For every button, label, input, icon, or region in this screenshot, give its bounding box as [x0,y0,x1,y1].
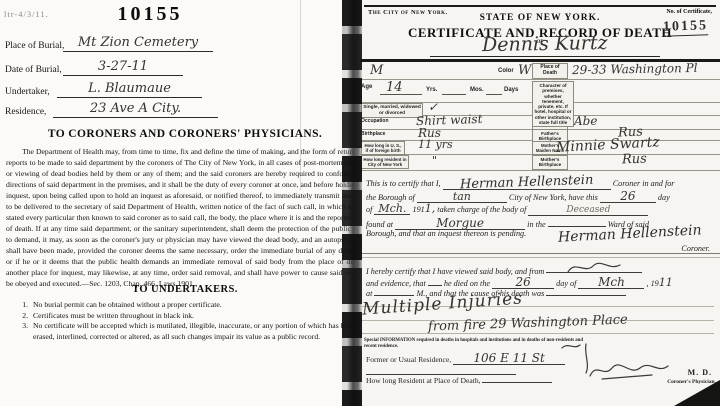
illegible-flourish [565,262,623,274]
mos-underline [442,84,466,95]
death-day-value: 26 [515,275,530,289]
item-number: 1. [6,300,28,311]
text: found at [366,220,393,229]
text: and evidence, that [366,279,426,288]
certify1-tail: Coroner in and for [613,179,675,188]
field-label: Place of Burial, [5,41,64,51]
year-handwritten: 1, [425,202,436,215]
borough-value: tan [453,190,471,203]
place-of-death-label: Place of Death [532,63,568,79]
age-underline [380,84,422,95]
md-label: M. D. [688,368,712,377]
father-name-value: Abe [574,114,597,128]
birthplace-label: Birthplace [361,131,385,137]
stamp-number: 10155 [85,3,215,26]
occupation-label: Occupation [361,118,389,124]
section-divider [360,253,720,258]
field-value: L. Blaumaue [88,81,171,96]
death-month-blank: Mch [578,276,644,289]
field-label: Residence, [5,107,46,117]
place-of-death-value: 29-33 Washington Pl [572,61,698,77]
how-long-us-value: 11 yrs [418,138,453,151]
certify1-line1: This is to certify that I, Herman Hellen… [366,176,716,190]
death-year-handwritten: 11 [659,276,673,289]
coroner-signature-2: Herman Hellenstein [558,225,702,243]
undertakers-heading: TO UNDERTAKERS. [0,284,354,295]
coroner-signature: Herman Hellenstein [460,174,594,192]
corner-note: ltr-4/3/11. [4,9,49,19]
day-blank: 26 [600,190,656,203]
top-edge-line [364,5,716,7]
certify1-line3: of Mch. 1911, taken charge of the body o… [366,203,716,216]
coroners-paragraph: The Department of Health may, from time … [6,146,354,289]
cause-text: from fire 29 Washington Place [428,313,628,335]
residence-value: 106 E 11 St [473,351,544,365]
field-value: 3-27-11 [98,59,148,74]
field-label: Date of Burial, [5,65,62,75]
body-value: Deceased [566,205,610,215]
month-value: Mch. [378,202,406,215]
special-info-note: Special INFORMATION required in deaths i… [364,338,584,350]
text: he died on the [444,279,490,288]
field-underline: 3-27-11 [63,57,183,76]
coroner-signature-blank: Herman Hellenstein [443,176,611,190]
item-text: No certificate will be accepted which is… [33,321,354,341]
death-month-value: Mch [598,275,625,289]
month-blank: Mch. [374,203,410,215]
field-value: Mt Zion Cemetery [78,35,198,50]
cause-of-death-line2: from fire 29 Washington Place [428,314,628,332]
residence-label: Former or Usual Residence, [366,355,451,364]
color-value: W [518,63,531,78]
row-nyc-motherbp: How long resident in City of New York " … [360,154,720,171]
residence-blank: 106 E 11 St [453,352,565,365]
list-item: 1.No burial permit can be obtained witho… [6,300,354,311]
coroners-physician-label: Coroner's Physician. [667,379,716,385]
day-value: 26 [620,189,635,203]
page-gutter-shadow [342,0,362,406]
field-underline: Mt Zion Cemetery [63,33,213,52]
item-number: 3. [6,321,28,332]
field-date-of-burial: Date of Burial, 3-27-11 [5,56,245,78]
field-label: Undertaker, [5,87,50,97]
list-item: 3.No certificate will be accepted which … [6,321,354,342]
item-number: 2. [6,311,28,322]
deceased-name: Dennis Kurtz [482,32,608,56]
field-value: 23 Ave A City. [90,101,181,116]
mos-label: Mos. [470,87,484,93]
coroners-heading: TO CORONERS AND CORONERS' PHYSICIANS. [0,128,354,140]
certificate-number-stamp: 10155 [663,18,709,37]
ruled-line [362,333,714,334]
coroner-label: Coroner. [681,244,710,253]
sex-value: M [370,63,383,78]
field-undertaker: Undertaker, L. Blaumaue [5,78,245,100]
deceased-name-underline: Dennis Kurtz [430,33,660,57]
color-label: Color [498,68,514,74]
text: day of [556,279,576,288]
printed-year: , 19 [646,279,658,288]
left-page: ltr-4/3/11. 10155 Place of Burial, Mt Zi… [0,0,354,406]
how-long-us-label: How long in U. S., if of foreign birth [361,141,405,155]
certify2-line1: I hereby certify that I have viewed said… [366,262,716,276]
text: in the [527,220,545,229]
field-place-of-burial: Place of Burial, Mt Zion Cemetery [5,32,245,54]
item-text: No burial permit can be obtained without… [33,300,222,309]
text: the Borough of [366,193,415,202]
text: City of New York, have this [509,193,598,202]
mother-birthplace-label: Mother's Birthplace [532,155,568,170]
howlong-label: How long Resident at Place of Death, [366,376,481,385]
list-item: 2.Certificates must be written throughou… [6,311,354,322]
age-label: Age [361,84,372,90]
certify1-lead: This is to certify that I, [366,179,441,188]
scanned-death-certificate: ltr-4/3/11. 10155 Place of Burial, Mt Zi… [0,0,720,406]
how-long-nyc-label: How long resident in City of New York [361,155,409,169]
item-text: Certificates must be written throughout … [33,311,194,320]
yrs-label: Yrs. [426,87,437,93]
certificate-number-label: No. of Certificate, [666,9,712,15]
text: day [658,193,670,202]
how-long-nyc-value: " [432,154,437,167]
signature-text: Herman Hellenstein [558,222,702,245]
text: Borough, and that an inquest thereon is … [366,229,526,238]
physician-signature [582,358,672,382]
evidence-blank [546,262,642,273]
row-sex-color-place: M Color W Place of Death 29-33 Washingto… [360,62,720,80]
text: taken charge of the body of [437,205,526,214]
printed-year: 191 [412,205,424,214]
days-underline [486,84,502,95]
pronoun-blank [428,285,442,286]
text: of [366,205,372,214]
mother-birthplace-value: Rus [622,152,647,168]
days-label: Days [504,87,518,93]
cause-of-death-line1: Multiple Injuries [362,294,523,314]
certify2-line2: and evidence, that he died on the 26 day… [366,276,716,289]
howlong-blank [482,373,552,383]
body-blank: Deceased [528,206,648,216]
undertakers-list: 1.No burial permit can be obtained witho… [6,300,354,342]
right-page: The City of New York. STATE OF NEW YORK.… [360,0,720,406]
premises-label: Character of premises, whether tenement,… [532,81,574,127]
field-underline: L. Blaumaue [57,79,202,98]
cause-blank [546,295,626,296]
field-residence: Residence, 23 Ave A City. [5,98,245,120]
field-underline: 23 Ave A City. [53,99,218,118]
death-day-blank: 26 [492,276,554,289]
certify1-line2: the Borough of tan City of New York, hav… [366,190,716,203]
row-us-mother: How long in U. S., if of foreign birth 1… [360,140,720,155]
found-at-value: Morgue [436,216,484,230]
marital-value: ✓ [428,100,438,114]
